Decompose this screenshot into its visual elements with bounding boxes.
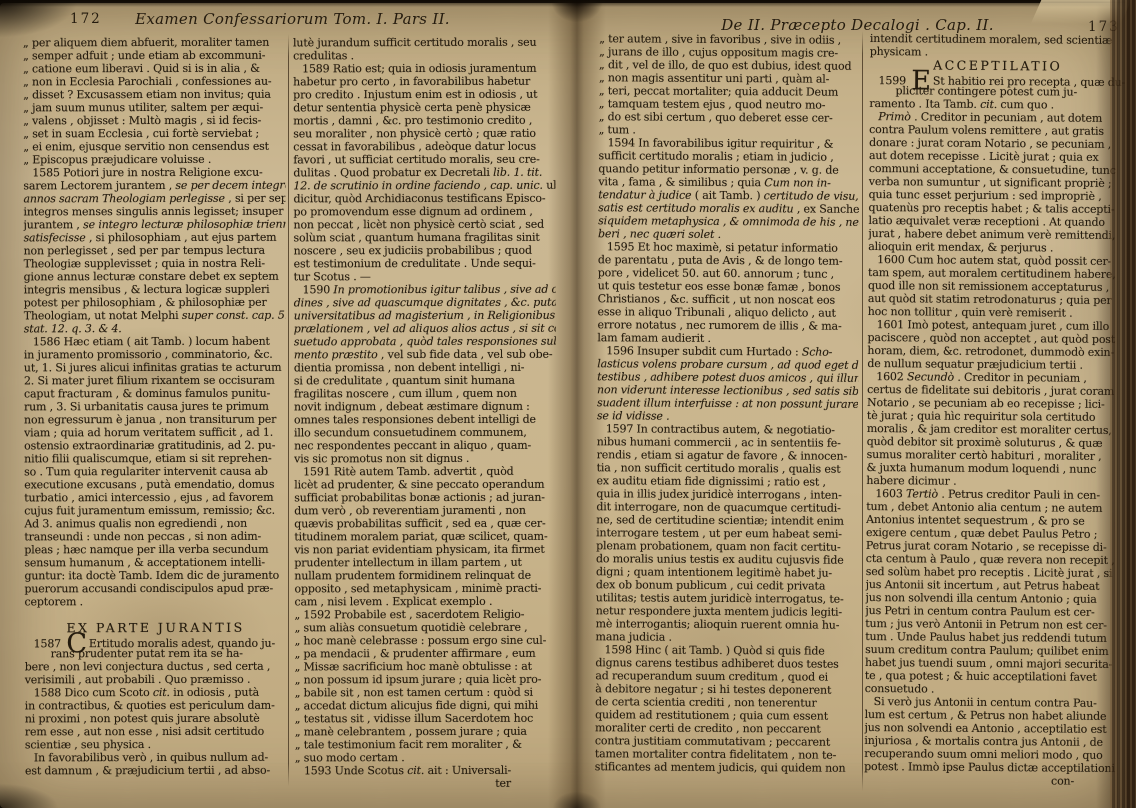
text-line: rem esse , aut non esse , nisi adsit cer… [25, 725, 287, 739]
text-line: ni proximi , non potest quis jurare abso… [25, 712, 287, 726]
text-line: scientiæ , seu physica . [25, 738, 287, 752]
text-line: „ valens , objisset : Multò magis , si i… [23, 114, 285, 128]
text-line: 2. Si mater juret filium rixantem se occ… [24, 374, 286, 388]
text-line: „ hoc manè celebrasse : possum ergo sine… [295, 634, 557, 648]
text-line: „ suo modo certam . [295, 751, 557, 765]
text-line: mortis , damni , &c. pro testimonio cred… [293, 114, 555, 128]
text-line: gione annus lecturæ constare debet ex se… [24, 270, 286, 284]
text-line: noscere , seu ex judiciis probabilibus ;… [294, 244, 556, 258]
text-line: vis non pariat evidentiam physicam, ita … [294, 543, 556, 557]
text-line: Theologiam, ut notat Melphi super const.… [24, 309, 286, 323]
text-line: 1591 Ritè autem Tamb. advertit , quòd [294, 465, 556, 479]
text-line: dicitur, quòd Archidiaconus testificans … [293, 192, 555, 206]
text-line: 1590 In promotionibus igitur talibus , s… [294, 283, 556, 297]
text-line: non egressurum è janua , non transiturum… [24, 413, 286, 427]
text-line: annos sacram Theologiam perlegisse , si … [23, 192, 285, 206]
column-rule-left [288, 34, 289, 786]
text-line: si de credulitate , quantum sinit humana [294, 374, 556, 388]
text-line: universitatibus ad magisterium , in Reli… [294, 309, 556, 323]
text-line: omnes tales responsiones debent intellig… [294, 413, 556, 427]
text-line: licèt ad prudenter, & sine peccato opera… [294, 478, 556, 492]
text-line: „ ei enim, ejusque servitio non censendu… [23, 140, 285, 154]
text-line: turbatio , amici intercessio , ejus , ad… [24, 491, 286, 505]
catchword: con- [864, 773, 1120, 788]
corner-shadow-top-left [0, 0, 120, 52]
text-line: mento præstito , vel sub fide data , vel… [294, 348, 556, 362]
text-line: „ pa mendacii , & prudenter affirmare , … [295, 647, 557, 661]
text-line: guntur: ita doctè Tamb. Idem dic de jura… [24, 569, 286, 583]
text-line: ostensio extraordinariæ gratitudinis, ad… [24, 439, 286, 453]
text-line: sufficiat probabilitas bonæ actionis ; a… [294, 491, 556, 505]
text-line: bere , non levi conjectura ductus , sed … [25, 660, 287, 674]
text-line: detur sententia physicè certa penè physi… [293, 101, 555, 115]
text-line: 1593 Unde Scotus cit. ait : Universali- [295, 764, 557, 778]
text-line: integros menses singulis annis legisset;… [23, 205, 285, 219]
text-line: 1587 CErtitudo moralis adest, quando ju- [25, 634, 287, 648]
text-line: 1589 Ratio est; quia in odiosis jurament… [293, 62, 555, 76]
text-line: potest . Immò ipse Paulus dictæ acceptil… [864, 760, 1120, 775]
text-line: opposito , sed metaphysicam , minimè pra… [294, 582, 556, 596]
left-page-column-2: lutè jurandum sufficit certitudo moralis… [293, 36, 557, 791]
text-line: potest per philosophiam , & philosophiæ … [24, 296, 286, 310]
text-line: transeundi : unde non peccas , si non ad… [24, 530, 286, 544]
text-line: quævis probabilitas sufficit , sed ea , … [294, 517, 556, 531]
text-line: titudinem moralem pariat, quæ scilicet, … [294, 530, 556, 544]
text-line: seu moraliter , non physicè certò ; quæ … [293, 127, 555, 141]
text-line: non peccat , licèt non physicè certò sci… [293, 218, 555, 232]
book-scan: 172 Examen Confessariorum Tom. I. Pars I… [0, 0, 1136, 808]
text-line: „ sum aliàs consuetum quotidiè celebrare… [295, 621, 557, 635]
text-line: „ manè celebrantem , possem jurare ; qui… [295, 725, 557, 739]
catchword: ter [295, 777, 557, 791]
text-line: suetudo approbata , quòd tales responsio… [294, 335, 556, 349]
text-line: nitio filii qualiscumque, etiam si sit r… [24, 452, 286, 466]
text-line: est testimonium de credulitate . Unde se… [294, 257, 556, 271]
text-line: „ babile sit , non est tamen certum : qu… [295, 686, 557, 700]
text-line: 1585 Potiori jure in nostra Religione ex… [23, 166, 285, 180]
text-line: „ disset ? Excusassem etiam non invitus;… [23, 88, 285, 102]
text-line: In favorabilibus verò , in quibus nullum… [25, 751, 287, 765]
text-line: dulitas . Quod probatur ex Decretali lib… [293, 166, 555, 180]
text-line: puerorum accusandi condiscipulos apud pr… [24, 582, 286, 596]
text-line: credulitas . [293, 49, 555, 63]
text-line: satisfecisse , si philosophiam , aut eju… [24, 231, 286, 245]
corner-shadow-bottom-left [0, 774, 90, 808]
text-line: cujus fuit juramentum emissum, remissio;… [24, 504, 286, 518]
text-line: 12. de scrutinio in ordine faciendo , ca… [293, 179, 555, 193]
text-line: po promovendum esse dignum ad ordinem , [293, 205, 555, 219]
text-line: „ non possum id ipsum jurare ; quia licè… [295, 673, 557, 687]
text-line: stat. 12. q. 3. & 4. [24, 322, 286, 336]
text-line: Ad 3. animus qualis non egrediendi , non [24, 517, 286, 531]
text-line: dientia promissa , non debent intelligi … [294, 361, 556, 375]
text-line: verisimili , aut probabili . Quo præmiss… [25, 673, 287, 687]
text-line: sensum humanum , & acceptationem intelli… [24, 556, 286, 570]
left-page-column-1: „ per aliquem diem abfuerit, moraliter t… [23, 36, 287, 778]
text-line: dum verò , ob reverentiam juramenti , no… [294, 504, 556, 518]
text-line: nec respondentes peccant in aliquo , qua… [294, 439, 556, 453]
spine-shadow-bottom [550, 786, 604, 808]
text-line: lutè jurandum sufficit certitudo moralis… [293, 36, 555, 50]
text-line: in contractibus, & quoties est periculum… [25, 699, 287, 713]
text-line: 1586 Hæc etiam ( ait Tamb. ) locum haben… [24, 335, 286, 349]
text-line: in juramento promissorio , comminatorio,… [24, 348, 286, 362]
section-heading: EX PARTE JURANTIS [25, 621, 287, 635]
text-line: „ catione eum liberavi . Quid si is in a… [23, 62, 285, 76]
text-line: so . Tum quia regulariter intervenit cau… [24, 465, 286, 479]
text-line: jurantem , se integro lecturæ philosophi… [24, 218, 286, 232]
text-line: „ testatus sit , vidisse illum Sacerdote… [295, 712, 557, 726]
text-line: „ tale testimonium facit rem moraliter ,… [295, 738, 557, 752]
text-line: tur Scotus . — [294, 270, 556, 284]
gutter-shadow [548, 0, 606, 808]
text-line: „ set in suam Ecclesia , cui fortè servi… [23, 127, 285, 141]
top-edge-shadow [0, 0, 1136, 7]
text-line: pro credito . Injustum enim est in odios… [293, 88, 555, 102]
text-line: „ accedat dictum alicujus fide digni, qu… [295, 699, 557, 713]
text-line: caput fracturam , & dominus famulos puni… [24, 387, 286, 401]
text-line: „ do est sibi certum , quo deberet esse … [599, 110, 860, 125]
text-line: habetur pro certo , in favorabilibus hab… [293, 75, 555, 89]
right-page-column-2: intendit certitudinem moralem, sed scien… [864, 32, 1126, 788]
text-line: novit indignum , debeat æstimare dignum … [294, 400, 556, 414]
text-line: „ Episcopus præjudicare voluisse . [23, 153, 285, 167]
text-line: „ 1592 Probabile est , sacerdotem Religi… [295, 608, 557, 622]
text-line: integris mensibus , & lectura logicæ sup… [24, 283, 286, 297]
text-line: fragilitas noscere , cum illum , quem no… [294, 387, 556, 401]
text-line: viam ; quia ad horum veritatem sufficit … [24, 426, 286, 440]
text-line: vis sic promotus non sit dignus . [294, 452, 556, 466]
text-line: „ jam suum munus utiliter, saltem per æq… [23, 101, 285, 115]
text-line: cessat in favorabilibus , adeòque datur … [293, 140, 555, 154]
column-rule-right [862, 31, 863, 791]
text-line: non perlegisset , sed per par tempus lec… [24, 244, 286, 258]
text-line: solùm sciat , quantum humana fragilitas … [294, 231, 556, 245]
text-line: illo secundum consuetudinem communem, [294, 426, 556, 440]
text-line: prudenter intellectum in illam partem , … [294, 556, 556, 570]
text-line: pleas ; hæc namque per illa verba secund… [24, 543, 286, 557]
text-line: cam , nisi levem . Explicat exemplo . [294, 595, 556, 609]
drop-cap: E [911, 76, 931, 86]
drop-cap: C [66, 639, 87, 649]
text-line: ceptorem . [24, 595, 286, 609]
text-line: rum , 3. Si urbanitatis causa jures te p… [24, 400, 286, 414]
text-line: 1588 Dico cum Scoto cit. in odiosis , pu… [25, 686, 287, 700]
text-line: „ non in Ecclesia Parochiali , confessio… [23, 75, 285, 89]
text-line: executione excusans , putà emendatio, do… [24, 478, 286, 492]
book-fore-edge [1110, 0, 1136, 808]
text-line: „ Missæ sacrificium hoc manè obtulisse :… [295, 660, 557, 674]
text-line: ut, 1. Si jures alicui infinitas gratias… [24, 361, 286, 375]
text-line: prælationem , vel ad aliquos alios actus… [294, 322, 556, 336]
text-line: sarem Lectorem jurantem , se per decem i… [23, 179, 285, 193]
text-line: stificantes ad mentem judicis, qui quide… [595, 760, 856, 775]
text-line: Theologiæ supplevisset ; quia in nostra … [24, 257, 286, 271]
right-page-column-1: „ ter autem , sive in favoribus , sive i… [595, 32, 861, 775]
text-line: dines , sive ad quascumque dignitates , … [294, 296, 556, 310]
text-line: nullam prudentem formidinem relinquat de [294, 569, 556, 583]
text-line: favori , ut sufficiat certitudo moralis,… [293, 153, 555, 167]
